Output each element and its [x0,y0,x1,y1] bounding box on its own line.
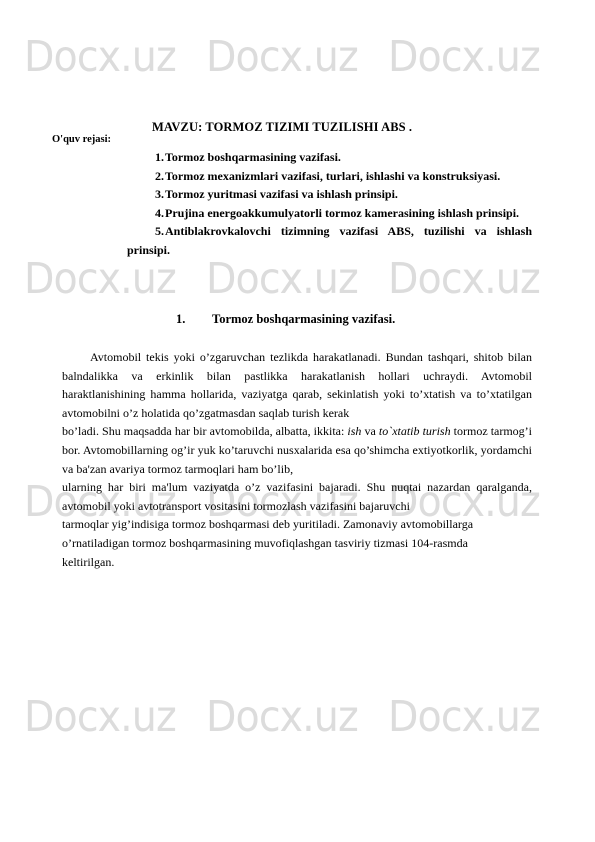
page-title: MAVZU: TORMOZ TIZIMI TUZILISHI ABS . [152,120,412,135]
paragraph: bo’ladi. Shu maqsadda har bir avtomobild… [62,422,532,478]
paragraph: keltirilgan. [62,553,532,572]
document-page: Docx.uz Docx.uz Docx.uz Docx.uz Docx.uz … [0,0,595,842]
study-plan-list: 1.Tormoz boshqarmasining vazifasi. 2.Tor… [127,148,532,259]
plan-item: 2.Tormoz mexanizmlari vazifasi, turlari,… [127,167,532,186]
document-content: MAVZU: TORMOZ TIZIMI TUZILISHI ABS . O'q… [0,0,595,842]
paragraph: tarmoqlar yig’indisiga tormoz boshqarmas… [62,515,532,534]
plan-item: 5.Antiblakrovkalovchi tizimning vazifasi… [127,222,532,259]
body-text: Avtomobil tekis yoki o’zgaruvchan tezlik… [62,348,532,571]
paragraph: o’rnatiladigan tormoz boshqarmasining mu… [62,534,532,553]
section-heading: 1.Tormoz boshqarmasining vazifasi. [176,312,395,327]
plan-item: 4.Prujina energoakkumulyatorli tormoz ka… [127,204,532,223]
paragraph: ularning har biri ma'lum vaziyatda o’z v… [62,478,532,515]
plan-item: 3.Tormoz yuritmasi vazifasi va ishlash p… [127,185,532,204]
plan-item: 1.Tormoz boshqarmasining vazifasi. [127,148,532,167]
plan-label: O'quv rejasi: [52,134,111,145]
paragraph: Avtomobil tekis yoki o’zgaruvchan tezlik… [62,348,532,422]
